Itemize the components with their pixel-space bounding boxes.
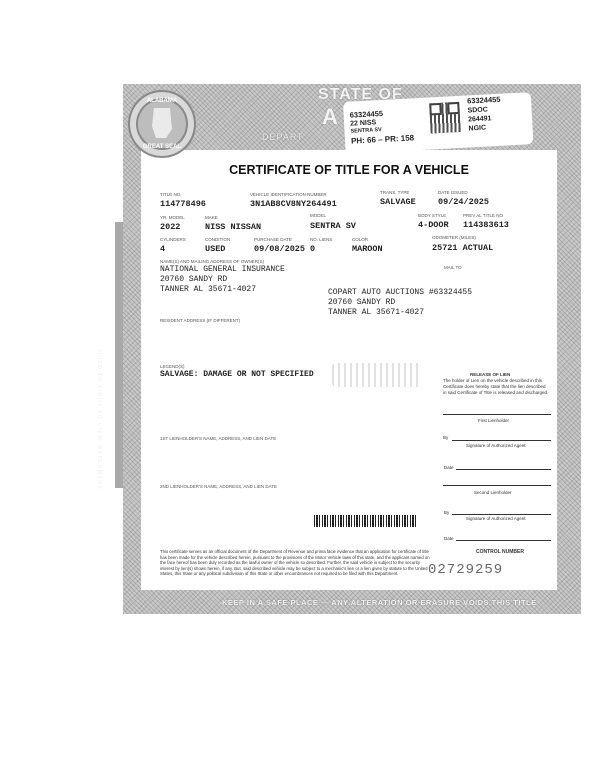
title-no-label: TITLE NO. xyxy=(160,192,182,197)
by-label-1: By xyxy=(443,435,448,441)
seal-text-top: ALABAMA xyxy=(130,98,194,104)
seal-text-bottom: GREAT SEAL xyxy=(130,144,194,150)
odometer-value: 25721 ACTUAL xyxy=(432,243,493,253)
first-lienholder-caption: First Lienholder xyxy=(478,418,509,424)
by-label-2: By xyxy=(444,510,449,516)
barcode-icon xyxy=(314,515,418,527)
qr-code-icon xyxy=(429,102,461,134)
vin-label: VEHICLE IDENTIFICATION NUMBER xyxy=(250,192,327,197)
first-lienholder-line xyxy=(443,414,551,415)
release-of-lien-text: The holder of Lien on the vehicle descri… xyxy=(443,378,549,396)
date-issued-value: 09/24/2025 xyxy=(438,197,489,207)
sticker-seller: NGIC xyxy=(468,125,486,133)
cylinders-value: 4 xyxy=(160,244,165,254)
title-no-value: 114778496 xyxy=(160,199,206,209)
signature-caption-1: Signature of Authorized Agent xyxy=(466,443,526,449)
date-issued-label: DATE ISSUED xyxy=(438,190,468,195)
alabama-great-seal-icon: ALABAMA GREAT SEAL xyxy=(128,90,196,158)
signature-line-1[interactable] xyxy=(452,440,551,441)
sticker-ph-pr: PH: 66 – PR: 158 xyxy=(351,134,414,146)
watermark-strip xyxy=(115,222,123,488)
legend-value: SALVAGE: DAMAGE OR NOT SPECIFIED xyxy=(160,370,314,380)
sticker-lot: 63324455 xyxy=(350,110,384,120)
first-lienholder-label: 1ST LIENHOLDER'S NAME, ADDRESS, AND LIEN… xyxy=(160,436,276,441)
second-lienholder-label: 2ND LIENHOLDER'S NAME, ADDRESS, AND LIEN… xyxy=(160,484,277,489)
prev-title-value: 114383613 xyxy=(463,220,509,230)
condition-value: USED xyxy=(205,244,225,254)
date-line-1[interactable] xyxy=(456,469,551,470)
mail-to-name: COPART AUTO AUCTIONS #63324455 xyxy=(328,288,472,298)
state-map-icon xyxy=(152,108,172,138)
sticker-vin-suffix: 264491 xyxy=(468,115,492,124)
sticker-lot-right: 63324455 xyxy=(467,96,501,106)
prev-title-label: PREV AL TITLE NO xyxy=(463,213,503,218)
mail-to-city: TANNER AL 35671-4027 xyxy=(328,308,424,318)
faint-stamp xyxy=(332,363,422,387)
purchase-date-label: PURCHASE DATE xyxy=(254,237,292,242)
certificate-title: CERTIFICATE OF TITLE FOR A VEHICLE xyxy=(141,163,557,177)
resident-address-label: RESIDENT ADDRESS (IF DIFFERENT) xyxy=(160,318,240,323)
mail-to-label: MAIL TO xyxy=(444,265,462,270)
body-style-value: 4-DOOR xyxy=(418,220,449,230)
yr-model-value: 2022 xyxy=(160,222,180,232)
make-value: NISS NISSAN xyxy=(205,222,261,232)
signature-caption-2: Signature of Authorized Agent xyxy=(466,516,526,522)
no-liens-label: NO. LIENS xyxy=(310,237,332,242)
signature-line-2[interactable] xyxy=(452,514,551,515)
cylinders-label: CYLINDERS xyxy=(160,237,186,242)
second-lienholder-caption: Second Lienholder xyxy=(474,490,512,496)
owner-name: NATIONAL GENERAL INSURANCE xyxy=(160,265,285,275)
model-label: MODEL xyxy=(310,213,326,218)
date-label-1: Date xyxy=(444,465,454,471)
watermark-text: HOLD TO LIGHT TO VIEW WATERMARK xyxy=(96,350,102,630)
state-name-heading: A xyxy=(322,104,338,130)
vin-value: 3N1AB8CV8NY264491 xyxy=(250,199,337,209)
legend-label: LEGEND(S) xyxy=(160,364,185,369)
yr-model-label: YR. MODEL xyxy=(160,215,185,220)
date-label-2: Date xyxy=(444,536,454,542)
sticker-doc: SDOC xyxy=(467,106,488,114)
owner-city: TANNER AL 35671-4027 xyxy=(160,285,256,295)
owner-label: NAME(S) AND MAILING ADDRESS OF OWNER(S) xyxy=(160,259,264,264)
trans-type-label: TRANS. TYPE xyxy=(380,190,409,195)
department-heading: DEPART xyxy=(262,132,304,142)
condition-label: CONDITION xyxy=(205,237,230,242)
make-label: MAKE xyxy=(205,215,218,220)
owner-street: 20760 SANDY RD xyxy=(160,275,227,285)
no-liens-value: 0 xyxy=(310,244,315,254)
control-number-value: 02729259 xyxy=(428,562,503,578)
control-number-label: CONTROL NUMBER xyxy=(476,549,524,555)
second-lienholder-line xyxy=(443,485,551,486)
model-value: SENTRA SV xyxy=(310,221,356,231)
trans-type-value: SALVAGE xyxy=(380,197,416,207)
color-label: COLOR xyxy=(352,237,368,242)
mail-to-street: 20760 SANDY RD xyxy=(328,298,395,308)
body-style-label: BODY STYLE xyxy=(418,213,446,218)
odometer-label: ODOMETER (MILES) xyxy=(432,235,476,240)
auction-sticker: 63324455 22 NISS SENTRA SV PH: 66 – PR: … xyxy=(343,92,533,154)
bottom-warning-text: KEEP IN A SAFE PLACE — ANY ALTERATION OR… xyxy=(222,598,537,607)
purchase-date-value: 09/08/2025 xyxy=(254,244,305,254)
date-line-2[interactable] xyxy=(456,540,551,541)
color-value: MAROON xyxy=(352,244,383,254)
disclaimer-text: This certificate serves as an official d… xyxy=(160,549,435,577)
